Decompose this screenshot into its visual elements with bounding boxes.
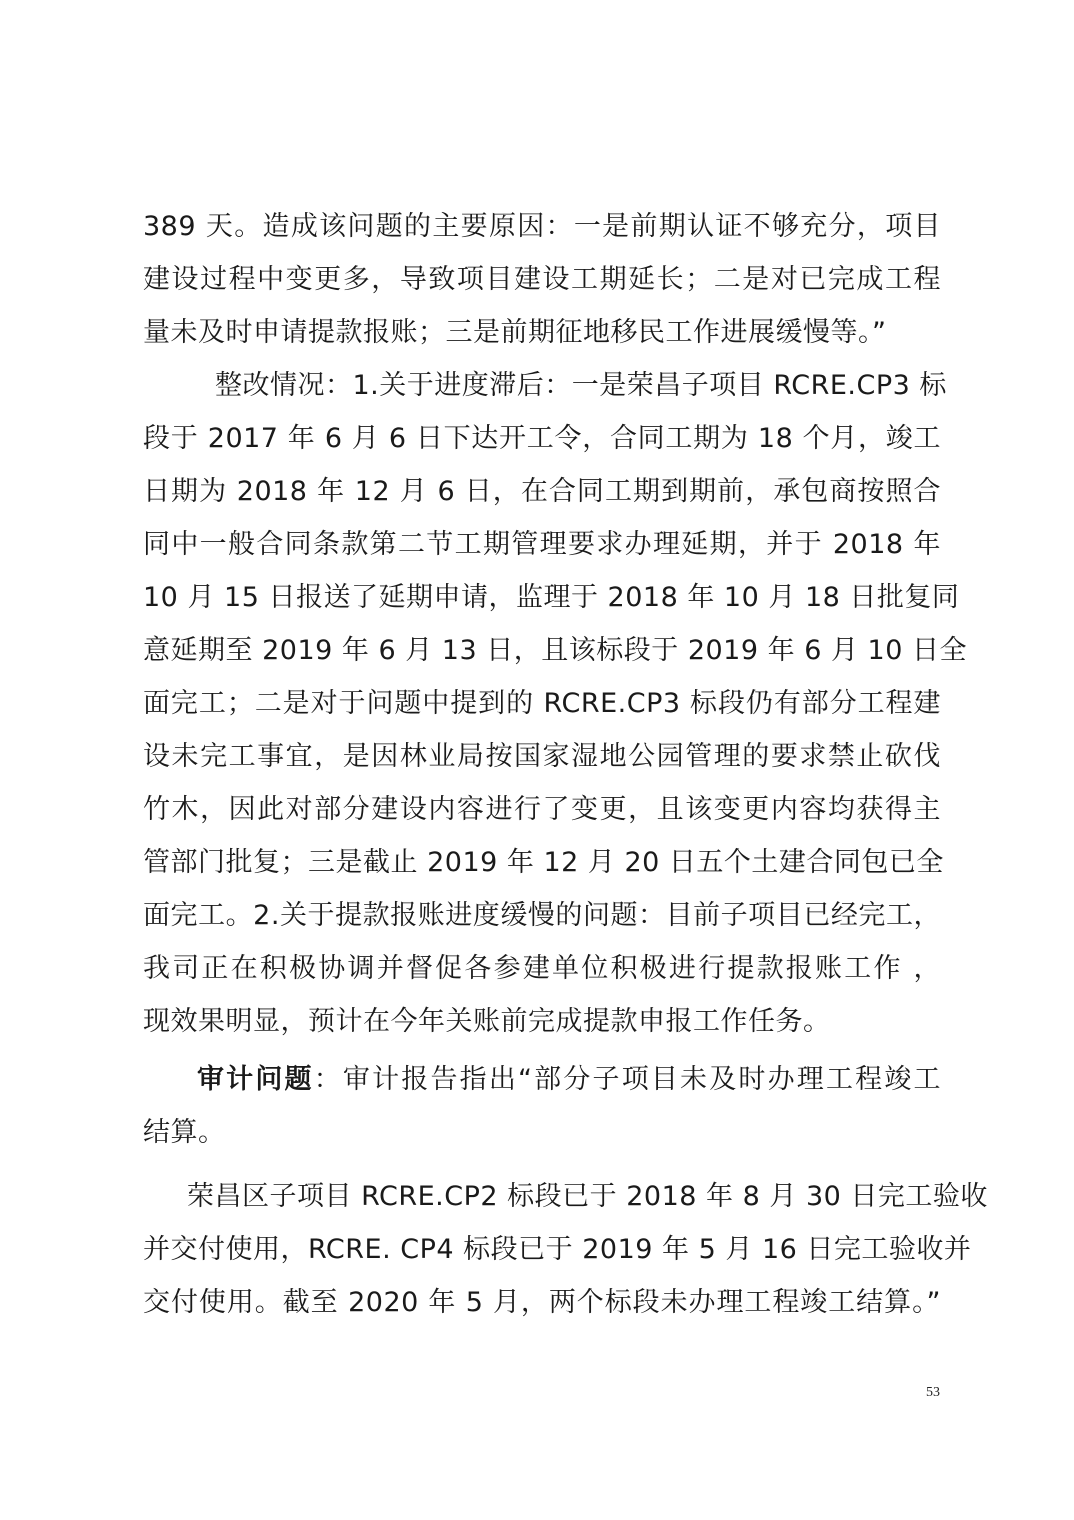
paragraph-line: 现效果明显，预计在今年关账前完成提款申报工作任务。 [143,995,941,1049]
paragraph-line: 10 月 15 日报送了延期申请，监理于 2018 年 10 月 18 日批复同 [143,571,941,625]
paragraph-line: 设未完工事宜，是因林业局按国家湿地公园管理的要求禁止砍伐 [143,730,941,784]
paragraph-line: 意延期至 2019 年 6 月 13 日，且该标段于 2019 年 6 月 10… [143,624,941,678]
paragraph-line: 面完工。2.关于提款报账进度缓慢的问题：目前子项目已经完工， [143,889,941,943]
paragraph-line: 管部门批复；三是截止 2019 年 12 月 20 日五个土建合同包已全 [143,836,941,890]
paragraph-line: 交付使用。截至 2020 年 5 月，两个标段未办理工程竣工结算。” [143,1276,941,1330]
paragraph-line: 建设过程中变更多，导致项目建设工期延长；二是对已完成工程 [143,253,941,307]
paragraph-line: 并交付使用，RCRE. CP4 标段已于 2019 年 5 月 16 日完工验收… [143,1223,941,1277]
rectification-paragraph-start: 整改情况：1.关于进度滞后：一是荣昌子项目 RCRE.CP3 标 [143,359,941,413]
paragraph-line: 荣昌区子项目 RCRE.CP2 标段已于 2018 年 8 月 30 日完工验收 [143,1170,941,1224]
audit-issue-text: ：审计报告指出“部分子项目未及时办理工程竣工 [314,1064,941,1095]
page-number: 53 [926,1385,940,1401]
paragraph-line: 389 天。造成该问题的主要原因：一是前期认证不够充分，项目 [143,200,941,254]
paragraph-line: 我司正在积极协调并督促各参建单位积极进行提款报账工作 ， [143,942,941,996]
paragraph-line: 面完工；二是对于问题中提到的 RCRE.CP3 标段仍有部分工程建 [143,677,941,731]
paragraph-line: 量未及时申请提款报账；三是前期征地移民工作进展缓慢等。” [143,306,941,360]
paragraph-line: 日期为 2018 年 12 月 6 日，在合同工期到期前，承包商按照合 [143,465,941,519]
audit-issue-heading: 审计问题 [197,1064,314,1095]
paragraph-line: 段于 2017 年 6 月 6 日下达开工令，合同工期为 18 个月，竣工 [143,412,941,466]
audit-issue-line: 审计问题：审计报告指出“部分子项目未及时办理工程竣工 [143,1053,941,1107]
paragraph-line: 同中一般合同条款第二节工期管理要求办理延期，并于 2018 年 [143,518,941,572]
paragraph-line: 竹木，因此对部分建设内容进行了变更，且该变更内容均获得主 [143,783,941,837]
paragraph-line: 结算。 [143,1106,941,1160]
